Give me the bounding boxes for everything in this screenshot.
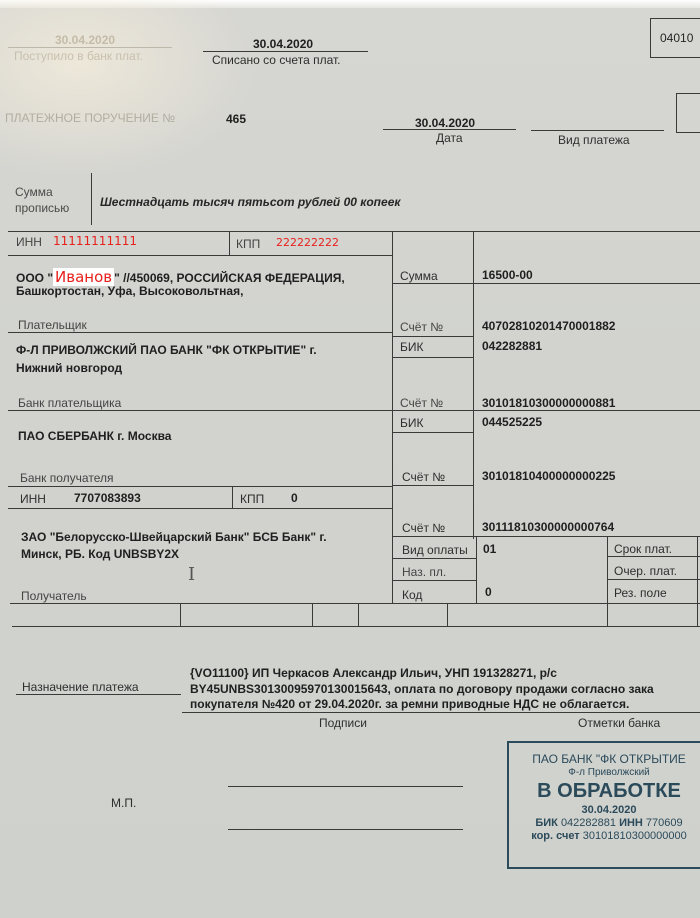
grid-line <box>10 603 700 604</box>
bank-stamp: ПАО БАНК "ФК ОТКРЫТИЕ Ф-л Приволжский В … <box>507 741 700 869</box>
payer-address: Башкортостан, Уфа, Высоковольтная, <box>16 284 243 298</box>
text-cursor-icon: I <box>188 564 195 585</box>
recipient-bank-account-label: Счёт № <box>402 470 445 484</box>
form-code: 04010 <box>660 31 693 45</box>
payment-type-label: Вид платежа <box>558 133 630 147</box>
grid-line <box>229 231 230 255</box>
purpose-line-1: {VO11100} ИП Черкасов Александр Ильич, У… <box>190 666 557 680</box>
payer-name-suffix: " //450069, РОССИЙСКАЯ ФЕДЕРАЦИЯ, <box>114 271 345 285</box>
code-label: Код <box>402 588 422 602</box>
purpose-line-2: BY45UNBS30130095970130015643, оплата по … <box>190 682 654 696</box>
amount-words-label-1: Сумма <box>15 185 53 199</box>
recipient-inn-label: ИНН <box>20 492 46 506</box>
bank-marks-label: Отметки банка <box>578 716 660 730</box>
payer-account-label: Счёт № <box>400 320 443 334</box>
stamp-kor: кор. счет 30101810300000000 <box>509 830 700 842</box>
payer-inn-label: ИНН <box>16 235 42 249</box>
order-number: 465 <box>226 112 246 126</box>
payer-bank-label: Банк плательщика <box>18 396 121 410</box>
grid-line <box>392 231 393 603</box>
purpose-label: Назначение платежа <box>22 680 139 694</box>
grid-line <box>392 580 477 581</box>
recipient-bank-name: ПАО СБЕРБАНК г. Москва <box>18 429 171 443</box>
stamp-date: 30.04.2020 <box>509 804 700 816</box>
recipient-account: 30111810300000000764 <box>482 520 614 534</box>
stamp-inn-label: ИНН <box>619 817 643 829</box>
grid-line <box>392 357 474 358</box>
pay-kind-label: Вид оплаты <box>402 543 468 557</box>
amount-words-divider <box>91 173 92 225</box>
grid-line <box>312 603 313 626</box>
payer-bank-name-1: Ф-Л ПРИВОЛЖСКИЙ ПАО БАНК "ФК ОТКРЫТИЕ" г… <box>16 343 317 357</box>
grid-line <box>392 336 474 337</box>
recipient-bank-label: Банк получателя <box>20 471 113 485</box>
purpose-line-3: покупателя №420 от 29.04.2020г. за ремни… <box>190 697 629 711</box>
grid-line <box>607 579 700 580</box>
grid-line <box>8 231 700 232</box>
paper-edge <box>0 0 700 8</box>
stamp-inn: 770609 <box>646 817 683 829</box>
stamp-bank-name: ПАО БАНК "ФК ОТКРЫТИЕ <box>509 752 700 766</box>
payer-account: 40702810201470001882 <box>482 319 615 333</box>
signature-line-1[interactable] <box>228 786 463 787</box>
seal-label: М.П. <box>111 796 136 810</box>
grid-line <box>392 536 700 537</box>
stamp-kor-value: 30101810300000000 <box>583 830 687 842</box>
received-date: 30.04.2020 <box>55 33 115 47</box>
stamp-bik: 042282881 <box>561 817 616 829</box>
grid-line <box>8 332 393 333</box>
recipient-inn: 7707083893 <box>74 491 141 505</box>
code-value: 0 <box>485 585 492 599</box>
signatures-label: Подписи <box>319 716 367 730</box>
stamp-bik-inn: БИК 042282881 ИНН 770609 <box>509 817 700 829</box>
amount-label: Сумма <box>400 269 438 283</box>
amount-words-label-2: прописью <box>15 201 69 215</box>
payer-bank-account: 30101810300000000881 <box>482 396 615 410</box>
light-glare <box>0 0 260 180</box>
stamp-status: В ОБРАБОТКЕ <box>509 780 700 803</box>
pay-kind-value: 01 <box>483 542 496 556</box>
payer-bank-bik-label: БИК <box>400 340 424 354</box>
order-date: 30.04.2020 <box>415 116 475 130</box>
grid-line <box>447 603 448 626</box>
payer-kpp-label: КПП <box>236 237 260 251</box>
grid-line <box>473 231 474 539</box>
status-box <box>676 93 700 133</box>
amount-words-value: Шестнадцать тысяч пятьсот рублей 00 копе… <box>100 195 400 209</box>
grid-line <box>358 603 359 626</box>
grid-line <box>392 485 474 486</box>
recipient-account-label: Счёт № <box>402 521 445 535</box>
order-title: ПЛАТЕЖНОЕ ПОРУЧЕНИЕ № <box>5 111 175 125</box>
debited-date: 30.04.2020 <box>253 37 313 51</box>
form-code-box: 04010 <box>650 18 700 58</box>
grid-line <box>697 536 698 626</box>
grid-line <box>8 255 393 256</box>
payment-type-line <box>531 130 664 131</box>
grid-line <box>607 556 700 557</box>
purpose-line <box>182 712 700 713</box>
payer-name-prefix: ООО " <box>16 271 53 285</box>
order-date-label: Дата <box>436 131 463 145</box>
grid-line <box>392 558 477 559</box>
payer-label: Плательщик <box>18 318 87 332</box>
debited-line <box>203 51 368 52</box>
purpose-code-label: Наз. пл. <box>402 565 446 579</box>
grid-line <box>232 486 233 508</box>
grid-line <box>392 283 700 284</box>
payer-bank-account-label: Счёт № <box>400 396 443 410</box>
amount-value: 16500-00 <box>482 268 533 282</box>
recipient-bank-bik: 044525225 <box>482 415 542 429</box>
grid-line <box>8 508 393 509</box>
grid-line <box>392 432 474 433</box>
grid-line <box>607 536 608 626</box>
priority-label: Очер. плат. <box>614 564 677 578</box>
received-label: Поступило в банк плат. <box>14 49 143 63</box>
recipient-kpp-label: КПП <box>240 492 264 506</box>
purpose-label-line <box>16 694 181 695</box>
received-line <box>8 47 172 48</box>
payer-inn: 11111111111 <box>53 234 137 248</box>
stamp-bik-label: БИК <box>535 817 558 829</box>
payer-bank-name-2: Нижний новгород <box>16 361 122 375</box>
payer-bank-bik: 042282881 <box>482 339 542 353</box>
reserve-label: Рез. поле <box>614 586 667 600</box>
term-label: Срок плат. <box>614 542 672 556</box>
recipient-name-2: Минск, РБ. Код UNBSBY2X <box>21 547 179 561</box>
recipient-name-1: ЗАО "Белорусско-Швейцарский Банк" БСБ Ба… <box>21 530 327 544</box>
grid-line <box>8 486 393 487</box>
debited-label: Списано со счета плат. <box>212 53 341 67</box>
stamp-kor-label: кор. счет <box>531 830 580 842</box>
order-date-line <box>383 129 516 130</box>
recipient-kpp: 0 <box>291 491 298 505</box>
recipient-bank-bik-label: БИК <box>400 416 424 430</box>
recipient-bank-account: 30101810400000000225 <box>482 469 615 483</box>
recipient-label: Получатель <box>21 589 87 603</box>
signature-line-2[interactable] <box>228 829 463 830</box>
grid-line <box>12 626 700 627</box>
stamp-branch: Ф-л Приволжский <box>509 767 700 778</box>
grid-line <box>180 603 181 626</box>
payer-kpp: 222222222 <box>276 236 339 249</box>
grid-line <box>476 536 477 603</box>
grid-line <box>8 410 700 411</box>
